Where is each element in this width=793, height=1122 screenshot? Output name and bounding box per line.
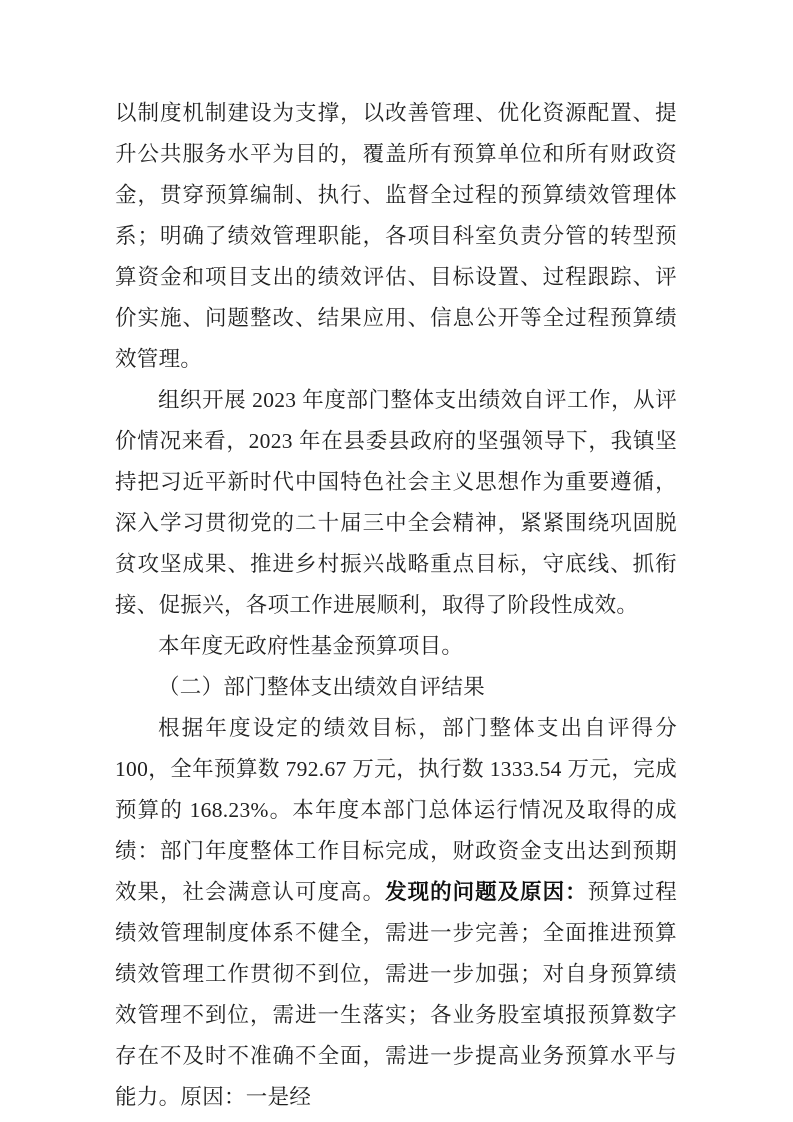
document-page: 以制度机制建设为支撑，以改善管理、优化资源配置、提升公共服务水平为目的，覆盖所有… bbox=[0, 0, 793, 1122]
paragraph-evaluation-results: 根据年度设定的绩效目标，部门整体支出自评得分 100，全年预算数 792.67 … bbox=[115, 708, 677, 1118]
section-heading-self-evaluation-results: （二）部门整体支出绩效自评结果 bbox=[115, 667, 677, 708]
document-text-block: 以制度机制建设为支撑，以改善管理、优化资源配置、提升公共服务水平为目的，覆盖所有… bbox=[115, 93, 677, 1118]
paragraph-text-after-bold: 预算过程绩效管理制度体系不健全，需进一步完善；全面推进预算绩效管理工作贯彻不到位… bbox=[115, 880, 677, 1109]
paragraph-self-evaluation-overview: 组织开展 2023 年度部门整体支出绩效自评工作，从评价情况来看，2023 年在… bbox=[115, 380, 677, 626]
paragraph-continuation: 以制度机制建设为支撑，以改善管理、优化资源配置、提升公共服务水平为目的，覆盖所有… bbox=[115, 93, 677, 380]
paragraph-no-government-fund: 本年度无政府性基金预算项目。 bbox=[115, 626, 677, 667]
bold-problems-and-causes-label: 发现的问题及原因： bbox=[385, 880, 588, 904]
paragraph-text-before-bold: 根据年度设定的绩效目标，部门整体支出自评得分 100，全年预算数 792.67 … bbox=[115, 716, 677, 904]
